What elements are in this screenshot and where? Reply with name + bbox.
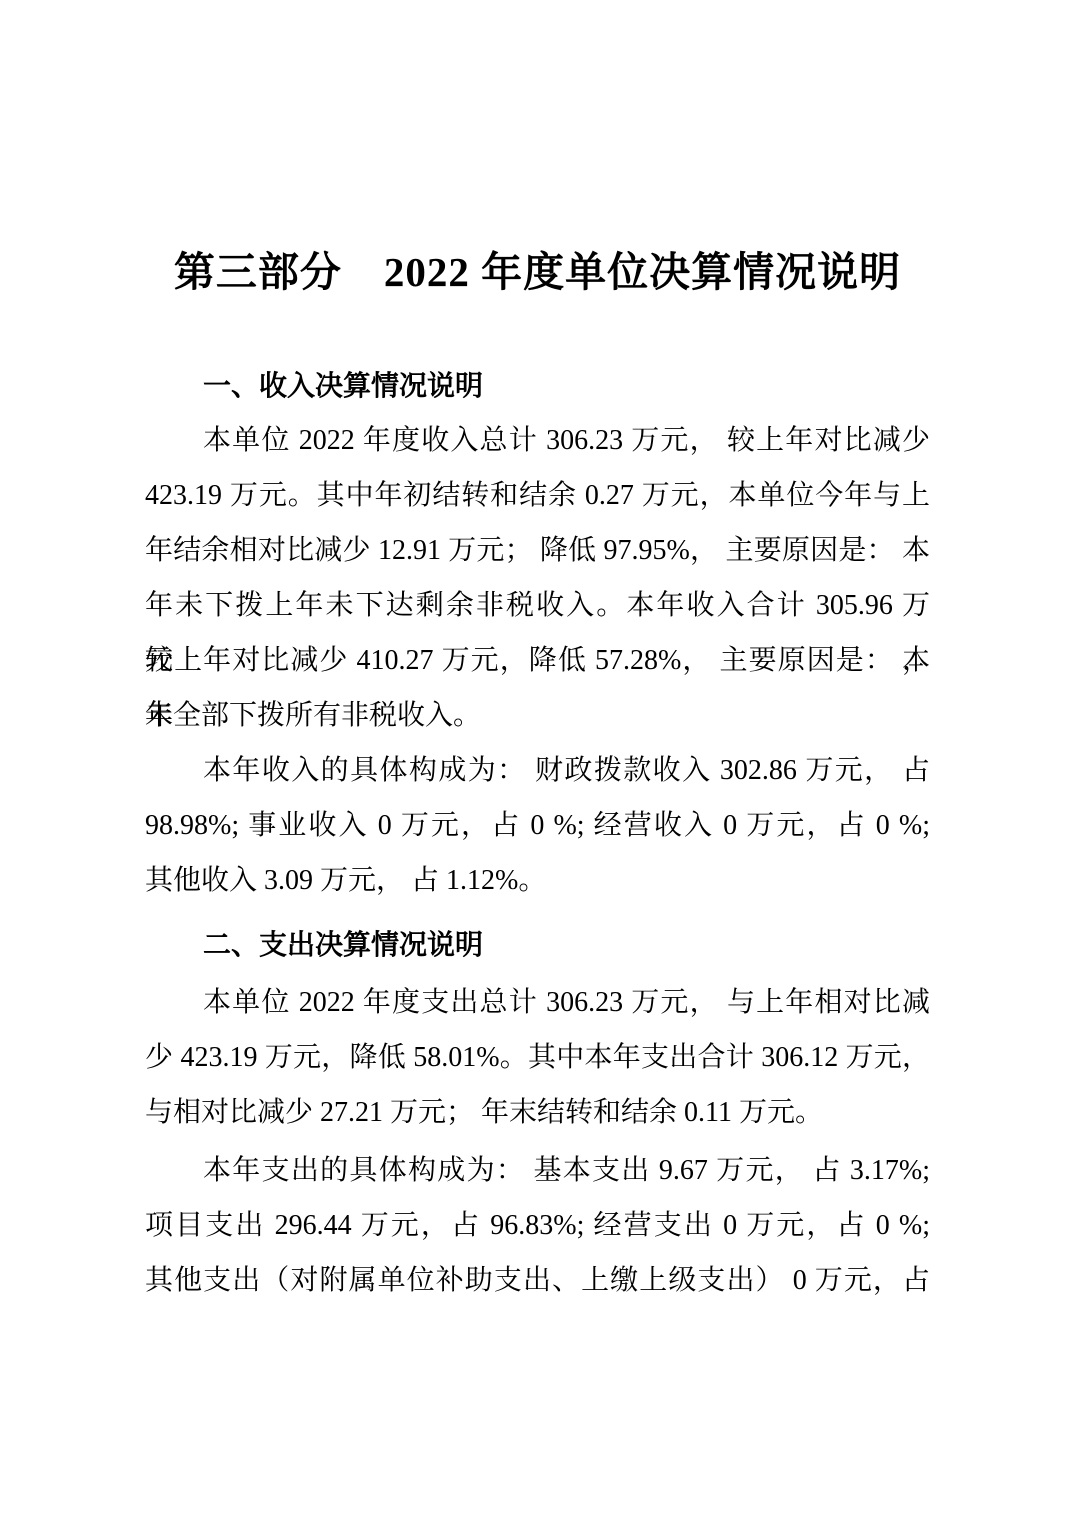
text-line: 本单位 2022 年度收入总计 306.23 万元， 较上年对比减少 <box>145 413 930 468</box>
document-page: 第三部分 2022 年度单位决算情况说明 一、收入决算情况说明 本单位 2022… <box>0 0 1074 1520</box>
document-title: 第三部分 2022 年度单位决算情况说明 <box>145 240 930 304</box>
paragraph-income-summary: 本单位 2022 年度收入总计 306.23 万元， 较上年对比减少 423.1… <box>145 413 930 743</box>
text-line: 较上年对比减少 410.27 万元，降低 57.28%， 主要原因是： 本年 <box>145 633 930 688</box>
text-line: 其他支出（对附属单位补助支出、上缴上级支出） 0 万元，占 <box>145 1253 930 1308</box>
text-line: 423.19 万元。其中年初结转和结余 0.27 万元，本单位今年与上 <box>145 468 930 523</box>
text-line: 本年收入的具体构成为： 财政拨款收入 302.86 万元， 占 <box>145 743 930 798</box>
text-line: 与相对比减少 27.21 万元； 年末结转和结余 0.11 万元。 <box>145 1085 930 1140</box>
text-line: 年未下拨上年未下达剩余非税收入。本年收入合计 305.96 万元， <box>145 578 930 633</box>
text-line: 项目支出 296.44 万元，占 96.83%; 经营支出 0 万元，占 0 %… <box>145 1198 930 1253</box>
paragraph-expenditure-summary: 本单位 2022 年度支出总计 306.23 万元， 与上年相对比减 少 423… <box>145 975 930 1140</box>
text-line: 其他收入 3.09 万元， 占 1.12%。 <box>145 853 930 908</box>
section-heading-expenditure: 二、支出决算情况说明 <box>145 917 930 972</box>
text-line: 年结余相对比减少 12.91 万元； 降低 97.95%， 主要原因是： 本 <box>145 523 930 578</box>
paragraph-expenditure-composition: 本年支出的具体构成为： 基本支出 9.67 万元， 占 3.17%; 项目支出 … <box>145 1143 930 1308</box>
text-line: 本年支出的具体构成为： 基本支出 9.67 万元， 占 3.17%; <box>145 1143 930 1198</box>
text-line: 98.98%; 事业收入 0 万元，占 0 %; 经营收入 0 万元，占 0 %… <box>145 798 930 853</box>
section-heading-income: 一、收入决算情况说明 <box>145 358 930 413</box>
text-line: 未全部下拨所有非税收入。 <box>145 688 930 743</box>
paragraph-income-composition: 本年收入的具体构成为： 财政拨款收入 302.86 万元， 占 98.98%; … <box>145 743 930 908</box>
text-line: 少 423.19 万元，降低 58.01%。其中本年支出合计 306.12 万元… <box>145 1030 930 1085</box>
text-line: 本单位 2022 年度支出总计 306.23 万元， 与上年相对比减 <box>145 975 930 1030</box>
